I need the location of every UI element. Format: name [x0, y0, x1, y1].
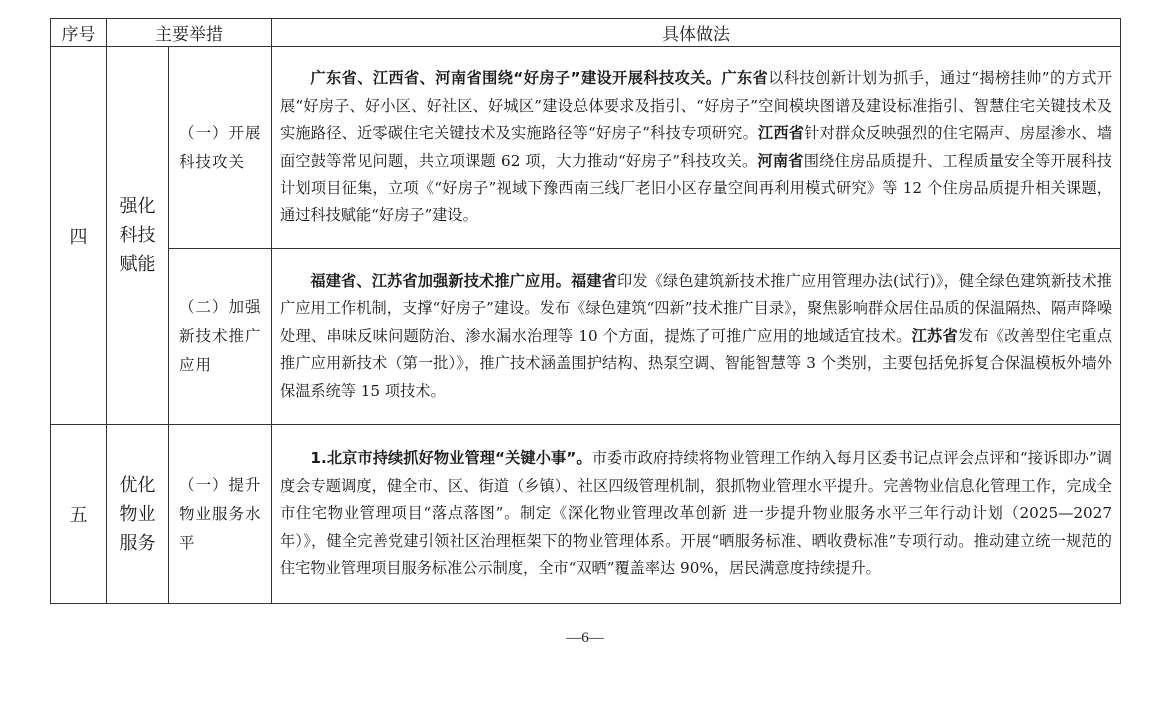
detail-lead: 广东省、江西省、河南省围绕“好房子”建设开展科技攻关。 — [310, 69, 721, 87]
province-name: 江西省 — [758, 124, 804, 142]
measure-line: 强化 — [107, 192, 168, 221]
detail-cell: 福建省、江苏省加强新技术推广应用。福建省印发《绿色建筑新技术推广应用管理办法(试… — [272, 249, 1121, 425]
province-name: 广东省 — [721, 69, 768, 87]
table-row: 四 强化 科技 赋能 （一）开展科技攻关 广东省、江西省、河南省围绕“好房子”建… — [51, 47, 1121, 249]
province-name: 福建省 — [571, 272, 617, 290]
measure-line: 物业 — [107, 500, 168, 529]
detail-text: 市委市政府持续将物业管理工作纳入每月区委书记点评会点评和“接诉即办”调度会专题调… — [280, 449, 1112, 577]
table-header-row: 序号 主要举措 具体做法 — [51, 19, 1121, 47]
section-seq: 四 — [51, 47, 107, 425]
measures-table: 序号 主要举措 具体做法 四 强化 科技 赋能 （一）开展科技攻关 广东省、江西… — [50, 18, 1121, 604]
section-measure: 优化 物业 服务 — [107, 425, 169, 604]
measure-line: 优化 — [107, 471, 168, 500]
detail-lead: 1.北京市持续抓好物业管理“关键小事”。 — [310, 449, 591, 467]
section-seq: 五 — [51, 425, 107, 604]
measure-line: 科技 — [107, 221, 168, 250]
page-number: —6— — [0, 630, 1170, 647]
detail-cell: 广东省、江西省、河南省围绕“好房子”建设开展科技攻关。广东省以科技创新计划为抓手… — [272, 47, 1121, 249]
section-measure: 强化 科技 赋能 — [107, 47, 169, 425]
province-name: 河南省 — [757, 152, 803, 170]
header-seq: 序号 — [51, 19, 107, 47]
sub-measure: （一）开展科技攻关 — [169, 47, 272, 249]
province-name: 江苏省 — [912, 327, 958, 345]
detail-cell: 1.北京市持续抓好物业管理“关键小事”。市委市政府持续将物业管理工作纳入每月区委… — [272, 425, 1121, 604]
sub-measure: （一）提升物业服务水平 — [169, 425, 272, 604]
header-detail: 具体做法 — [272, 19, 1121, 47]
detail-lead: 福建省、江苏省加强新技术推广应用。 — [310, 272, 571, 290]
measure-line: 赋能 — [107, 250, 168, 279]
table-row: （二）加强新技术推广应用 福建省、江苏省加强新技术推广应用。福建省印发《绿色建筑… — [51, 249, 1121, 425]
sub-measure: （二）加强新技术推广应用 — [169, 249, 272, 425]
table-row: 五 优化 物业 服务 （一）提升物业服务水平 1.北京市持续抓好物业管理“关键小… — [51, 425, 1121, 604]
header-measure: 主要举措 — [107, 19, 272, 47]
measure-line: 服务 — [107, 529, 168, 558]
